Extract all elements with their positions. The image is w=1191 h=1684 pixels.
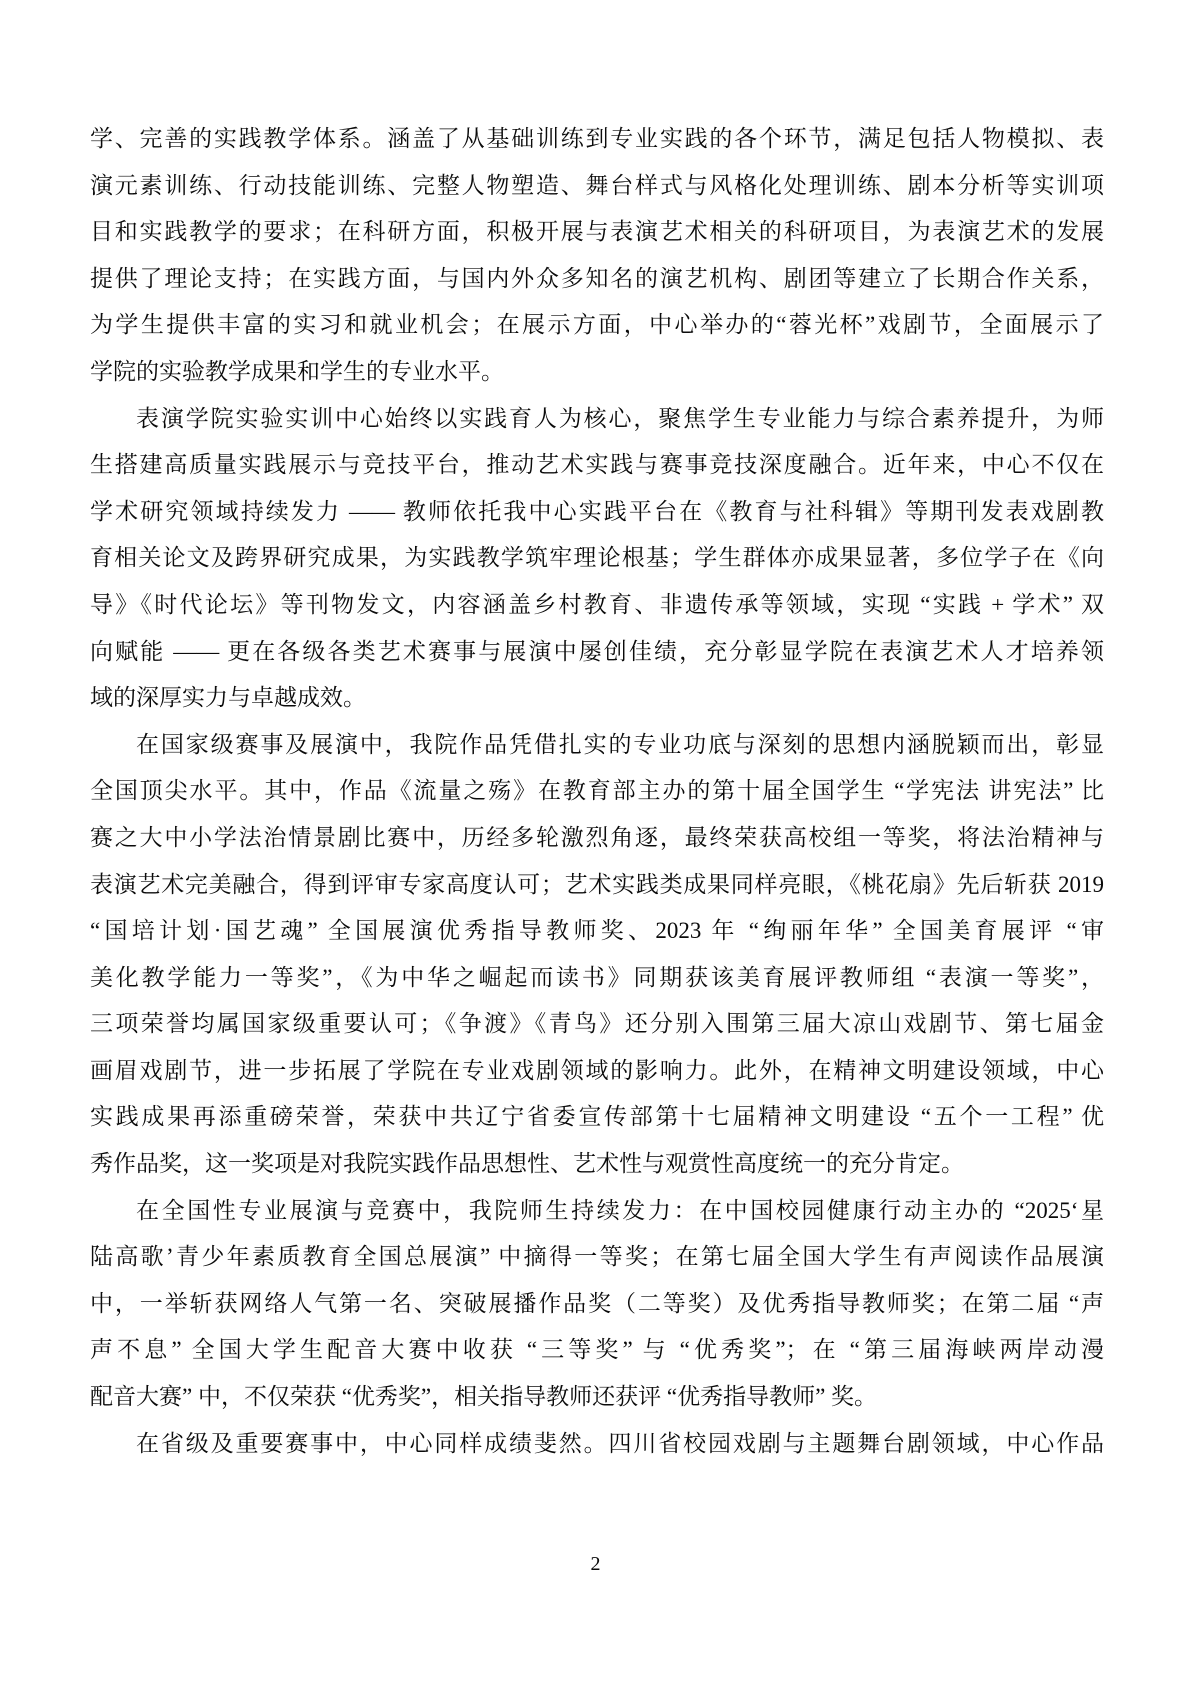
document-page: 学、完善的实践教学体系。涵盖了从基础训练到专业实践的各个环节，满足包括人物模拟、… — [0, 0, 1191, 1684]
text-line: 育相关论文及跨界研究成果，为实践教学筑牢理论根基；学生群体亦成果显著，多位学子在… — [90, 535, 1104, 582]
text-line: 学术研究领域持续发力 —— 教师依托我中心实践平台在《教育与社科辑》等期刊发表戏… — [90, 489, 1104, 536]
text-line: 美化教学能力一等奖”，《为中华之崛起而读书》同期获该美育展评教师组 “表演一等奖… — [90, 955, 1104, 1002]
text-line: 赛之大中小学法治情景剧比赛中，历经多轮激烈角逐，最终荣获高校组一等奖，将法治精神… — [90, 815, 1104, 862]
text-line: 三项荣誉均属国家级重要认可；《争渡》《青鸟》还分别入围第三届大凉山戏剧节、第七届… — [90, 1001, 1104, 1048]
text-line: 生搭建高质量实践展示与竞技平台，推动艺术实践与赛事竞技深度融合。近年来，中心不仅… — [90, 442, 1104, 489]
paragraph-5: 在省级及重要赛事中，中心同样成绩斐然。四川省校园戏剧与主题舞台剧领域，中心作品 — [90, 1421, 1104, 1468]
text-line: 为学生提供丰富的实习和就业机会；在展示方面，中心举办的“蓉光杯”戏剧节，全面展示… — [90, 302, 1104, 349]
text-line: 配音大赛” 中，不仅荣获 “优秀奖”，相关指导教师还获评 “优秀指导教师” 奖。 — [90, 1374, 1104, 1421]
text-line: 表演艺术完美融合，得到评审专家高度认可；艺术实践类成果同样亮眼，《桃花扇》先后斩… — [90, 862, 1104, 909]
text-line: 中，一举斩获网络人气第一名、突破展播作品奖（二等奖）及优秀指导教师奖；在第二届 … — [90, 1281, 1104, 1328]
text-line: 陆高歌’青少年素质教育全国总展演” 中摘得一等奖；在第七届全国大学生有声阅读作品… — [90, 1234, 1104, 1281]
text-line: 表演学院实验实训中心始终以实践育人为核心，聚焦学生专业能力与综合素养提升，为师 — [90, 396, 1104, 443]
text-line: 学院的实验教学成果和学生的专业水平。 — [90, 349, 1104, 396]
text-line: 声不息” 全国大学生配音大赛中收获 “三等奖” 与 “优秀奖”；在 “第三届海峡… — [90, 1327, 1104, 1374]
page-number: 2 — [591, 1553, 601, 1575]
document-body: 学、完善的实践教学体系。涵盖了从基础训练到专业实践的各个环节，满足包括人物模拟、… — [90, 116, 1104, 1467]
text-line: 域的深厚实力与卓越成效。 — [90, 675, 1104, 722]
text-line: 向赋能 —— 更在各级各类艺术赛事与展演中屡创佳绩，充分彰显学院在表演艺术人才培… — [90, 629, 1104, 676]
page-footer: 2 — [0, 1550, 1191, 1578]
paragraph-1: 学、完善的实践教学体系。涵盖了从基础训练到专业实践的各个环节，满足包括人物模拟、… — [90, 116, 1104, 396]
text-line: 目和实践教学的要求；在科研方面，积极开展与表演艺术相关的科研项目，为表演艺术的发… — [90, 209, 1104, 256]
text-line: 提供了理论支持；在实践方面，与国内外众多知名的演艺机构、剧团等建立了长期合作关系… — [90, 256, 1104, 303]
text-line: 导》《时代论坛》等刊物发文，内容涵盖乡村教育、非遗传承等领域，实现 “实践 + … — [90, 582, 1104, 629]
text-line: 演元素训练、行动技能训练、完整人物塑造、舞台样式与风格化处理训练、剧本分析等实训… — [90, 163, 1104, 210]
text-line: “国培计划·国艺魂” 全国展演优秀指导教师奖、2023 年 “绚丽年华” 全国美… — [90, 908, 1104, 955]
text-line: 全国顶尖水平。其中，作品《流量之殇》在教育部主办的第十届全国学生 “学宪法 讲宪… — [90, 768, 1104, 815]
text-line: 秀作品奖，这一奖项是对我院实践作品思想性、艺术性与观赏性高度统一的充分肯定。 — [90, 1141, 1104, 1188]
text-line: 画眉戏剧节，进一步拓展了学院在专业戏剧领域的影响力。此外，在精神文明建设领域，中… — [90, 1048, 1104, 1095]
paragraph-2: 表演学院实验实训中心始终以实践育人为核心，聚焦学生专业能力与综合素养提升，为师生… — [90, 396, 1104, 722]
text-line: 学、完善的实践教学体系。涵盖了从基础训练到专业实践的各个环节，满足包括人物模拟、… — [90, 116, 1104, 163]
paragraph-4: 在全国性专业展演与竞赛中，我院师生持续发力：在中国校园健康行动主办的 “2025… — [90, 1188, 1104, 1421]
text-line: 实践成果再添重磅荣誉，荣获中共辽宁省委宣传部第十七届精神文明建设 “五个一工程”… — [90, 1094, 1104, 1141]
text-line: 在全国性专业展演与竞赛中，我院师生持续发力：在中国校园健康行动主办的 “2025… — [90, 1188, 1104, 1235]
text-line: 在省级及重要赛事中，中心同样成绩斐然。四川省校园戏剧与主题舞台剧领域，中心作品 — [90, 1421, 1104, 1468]
paragraph-3: 在国家级赛事及展演中，我院作品凭借扎实的专业功底与深刻的思想内涵脱颖而出，彰显全… — [90, 722, 1104, 1188]
text-line: 在国家级赛事及展演中，我院作品凭借扎实的专业功底与深刻的思想内涵脱颖而出，彰显 — [90, 722, 1104, 769]
